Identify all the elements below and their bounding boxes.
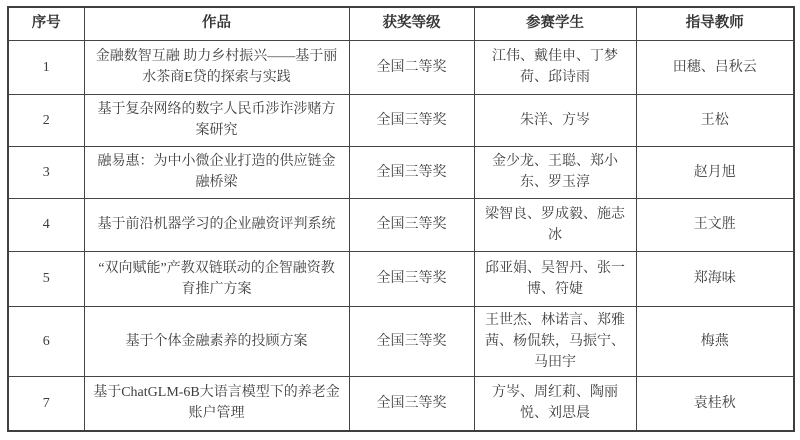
table-row: 6 基于个体金融素养的投顾方案 全国三等奖 王世杰、林诺言、郑雅茜、杨侃轶，马振… bbox=[8, 306, 794, 376]
cell-award: 全国三等奖 bbox=[349, 306, 474, 376]
cell-students: 金少龙、王聪、郑小东、罗玉淳 bbox=[474, 146, 636, 198]
cell-teachers: 梅燕 bbox=[636, 306, 794, 376]
header-row: 序号 作品 获奖等级 参赛学生 指导教师 bbox=[8, 7, 794, 40]
table-row: 5 “双向赋能”产教双链联动的企智融资教育推广方案 全国三等奖 邱亚娟、吴智丹、… bbox=[8, 251, 794, 306]
cell-students: 江伟、戴佳申、丁梦荷、邱诗雨 bbox=[474, 40, 636, 94]
cell-teachers: 王文胜 bbox=[636, 198, 794, 251]
cell-award: 全国三等奖 bbox=[349, 376, 474, 431]
table-row: 7 基于ChatGLM-6B大语言模型下的养老金账户管理 全国三等奖 方岑、周红… bbox=[8, 376, 794, 431]
table-row: 4 基于前沿机器学习的企业融资评判系统 全国三等奖 梁智良、罗成毅、施志冰 王文… bbox=[8, 198, 794, 251]
table-row: 3 融易惠：为中小微企业打造的供应链金融桥梁 全国三等奖 金少龙、王聪、郑小东、… bbox=[8, 146, 794, 198]
cell-index: 5 bbox=[8, 251, 84, 306]
cell-index: 7 bbox=[8, 376, 84, 431]
cell-work: 基于个体金融素养的投顾方案 bbox=[84, 306, 349, 376]
cell-students: 朱洋、方岑 bbox=[474, 94, 636, 146]
table-row: 2 基于复杂网络的数字人民币涉诈涉赌方案研究 全国三等奖 朱洋、方岑 王松 bbox=[8, 94, 794, 146]
cell-work: 金融数智互融 助力乡村振兴——基于丽水茶商E贷的探索与实践 bbox=[84, 40, 349, 94]
cell-award: 全国二等奖 bbox=[349, 40, 474, 94]
column-header-index: 序号 bbox=[8, 7, 84, 40]
cell-teachers: 郑海味 bbox=[636, 251, 794, 306]
column-header-award: 获奖等级 bbox=[349, 7, 474, 40]
cell-work: 基于复杂网络的数字人民币涉诈涉赌方案研究 bbox=[84, 94, 349, 146]
cell-students: 王世杰、林诺言、郑雅茜、杨侃轶，马振宁、马田宇 bbox=[474, 306, 636, 376]
cell-index: 1 bbox=[8, 40, 84, 94]
cell-award: 全国三等奖 bbox=[349, 198, 474, 251]
cell-index: 3 bbox=[8, 146, 84, 198]
cell-students: 邱亚娟、吴智丹、张一博、符婕 bbox=[474, 251, 636, 306]
cell-award: 全国三等奖 bbox=[349, 251, 474, 306]
table-row: 1 金融数智互融 助力乡村振兴——基于丽水茶商E贷的探索与实践 全国二等奖 江伟… bbox=[8, 40, 794, 94]
cell-award: 全国三等奖 bbox=[349, 94, 474, 146]
cell-index: 6 bbox=[8, 306, 84, 376]
cell-work: 基于ChatGLM-6B大语言模型下的养老金账户管理 bbox=[84, 376, 349, 431]
cell-work: 基于前沿机器学习的企业融资评判系统 bbox=[84, 198, 349, 251]
awards-table: 序号 作品 获奖等级 参赛学生 指导教师 1 金融数智互融 助力乡村振兴——基于… bbox=[7, 6, 795, 432]
cell-award: 全国三等奖 bbox=[349, 146, 474, 198]
cell-work: “双向赋能”产教双链联动的企智融资教育推广方案 bbox=[84, 251, 349, 306]
cell-index: 2 bbox=[8, 94, 84, 146]
column-header-work: 作品 bbox=[84, 7, 349, 40]
column-header-teachers: 指导教师 bbox=[636, 7, 794, 40]
awards-table-container: 序号 作品 获奖等级 参赛学生 指导教师 1 金融数智互融 助力乡村振兴——基于… bbox=[7, 6, 793, 432]
cell-teachers: 赵月旭 bbox=[636, 146, 794, 198]
cell-students: 梁智良、罗成毅、施志冰 bbox=[474, 198, 636, 251]
cell-students: 方岑、周红莉、陶丽悦、刘思晨 bbox=[474, 376, 636, 431]
cell-index: 4 bbox=[8, 198, 84, 251]
cell-work: 融易惠：为中小微企业打造的供应链金融桥梁 bbox=[84, 146, 349, 198]
cell-teachers: 田穗、吕秋云 bbox=[636, 40, 794, 94]
cell-teachers: 王松 bbox=[636, 94, 794, 146]
cell-teachers: 袁桂秋 bbox=[636, 376, 794, 431]
column-header-students: 参赛学生 bbox=[474, 7, 636, 40]
